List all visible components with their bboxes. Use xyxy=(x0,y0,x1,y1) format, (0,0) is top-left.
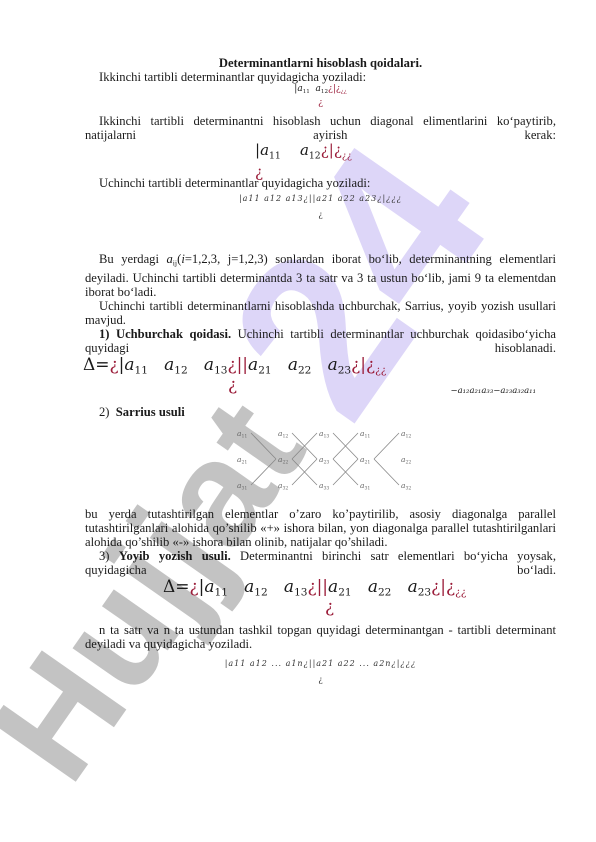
sarrius-cell: a31 xyxy=(360,479,370,497)
sarrius-cell: a23 xyxy=(319,453,329,471)
sarrius-cell: a12 xyxy=(278,427,288,445)
paragraph-second-order-intro: Ikkinchi tartibli determinantlar quyidag… xyxy=(85,70,556,84)
paragraph-expansion-rule: 3) Yoyib yozish usuli. Determinantni bir… xyxy=(85,549,556,577)
formula-triangle-rule: Δ=¿|a11 a12 a13¿||a21 a22 a23¿|¿¿¿ ¿ −a₁… xyxy=(83,355,556,405)
formula-right-part: −a₁₂a₂₁a₃₃−a₂₃a₃₂a₁₁ xyxy=(450,381,536,401)
sarrius-cell: a21 xyxy=(360,453,370,471)
formula-second-order: |a11 a12¿|¿¿¿ ¿ xyxy=(85,84,556,114)
sarrius-cell: a32 xyxy=(401,479,411,497)
paragraph-elements: Bu yerdagi aij(i=1,2,3, j=1,2,3) sonlard… xyxy=(85,252,556,299)
paragraph-methods: Uchinchi tartibli determinantlarni hisob… xyxy=(85,299,556,327)
sarrius-cell: a21 xyxy=(237,453,247,471)
paragraph-nth-order: n ta satr va n ta ustundan tashkil topga… xyxy=(85,623,556,651)
formula-nth-order: |a11 a12 ... a1n¿||a21 a22 ... a2n¿|¿¿¿ … xyxy=(85,651,556,735)
sarrius-cell: a12 xyxy=(401,427,411,445)
sarrius-cell: a11 xyxy=(360,427,370,445)
sarrius-diagram: a11a12a13a11a12a21a22a23a21a22a31a32a33a… xyxy=(85,419,556,501)
document-content: Determinantlarni hisoblash qoidalari. Ik… xyxy=(85,56,556,735)
paragraph-triangle-rule: 1) Uchburchak qoidasi. Uchinchi tartibli… xyxy=(85,327,556,355)
formula-third-order: |a11 a12 a13¿||a21 a22 a23¿|¿¿¿ ¿ xyxy=(85,190,556,252)
formula-expansion: Δ=¿|a11 a12 a13¿||a21 a22 a23¿|¿¿¿ ¿ xyxy=(85,577,556,623)
formula-second-order-rule: |a11 a12¿|¿¿¿ ¿ xyxy=(85,142,556,176)
page-title: Determinantlarni hisoblash qoidalari. xyxy=(85,56,556,70)
paragraph-third-order-intro: Uchinchi tartibli determinantlar quyidag… xyxy=(85,176,556,190)
document-page: Hujjat 24 Determinantlarni hisoblash qoi… xyxy=(0,0,596,842)
sarrius-cell: a33 xyxy=(319,479,329,497)
paragraph-sarrius-explanation: bu yerda tutashtirilgan elementlar o’zar… xyxy=(85,507,556,549)
heading-sarrius: 2) Sarrius usuli xyxy=(85,405,556,419)
paragraph-second-order-rule: Ikkinchi tartibli determinantni hisoblas… xyxy=(85,114,556,142)
sarrius-cell: a13 xyxy=(319,427,329,445)
sarrius-cell: a31 xyxy=(237,479,247,497)
sarrius-cell: a22 xyxy=(401,453,411,471)
sarrius-cell: a32 xyxy=(278,479,288,497)
sarrius-cell: a11 xyxy=(237,427,247,445)
sarrius-cell: a22 xyxy=(278,453,288,471)
